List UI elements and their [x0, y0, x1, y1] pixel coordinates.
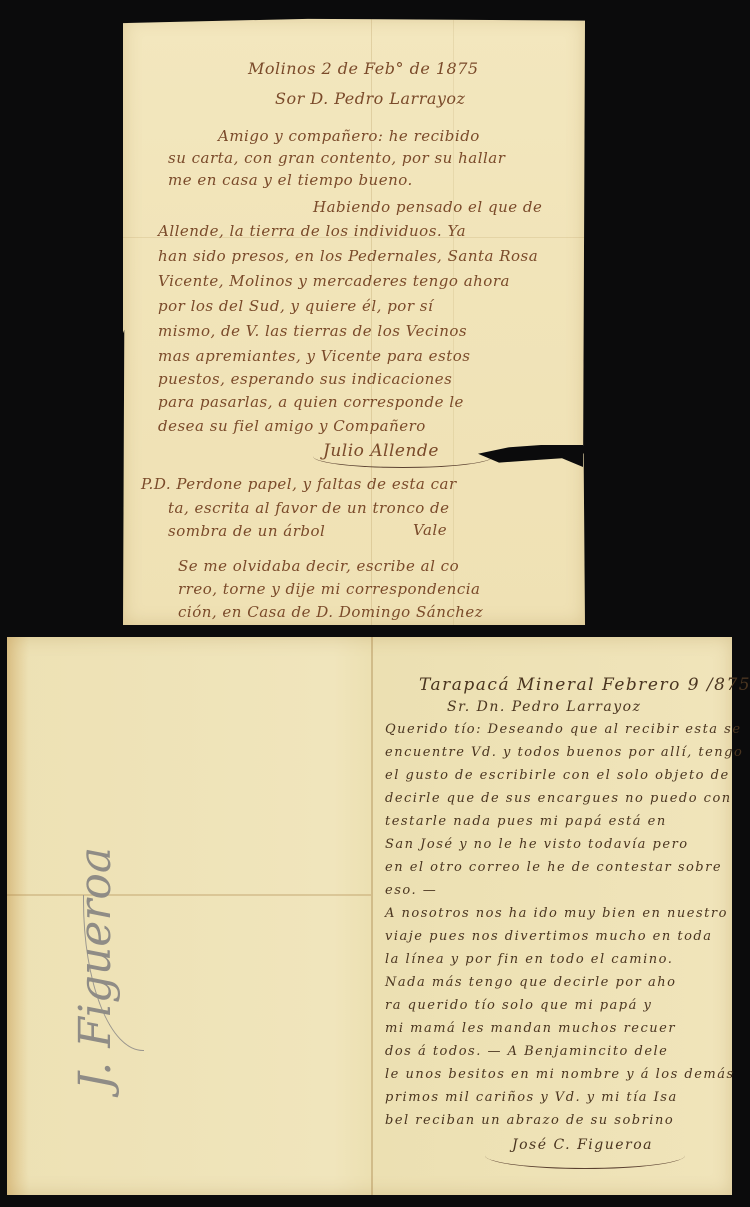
letter-one-note-line: Se me olvidaba decir, escribe al co	[178, 557, 459, 575]
pencil-signature: J. Figueroa	[70, 847, 121, 1090]
letter-one-postscript-line: sombra de un árbol	[168, 522, 325, 540]
letter-two-line: en el otro correo le he de contestar sob…	[385, 860, 722, 875]
letter-two-line: testarle nada pues mi papá está en	[385, 814, 667, 829]
letter-one-line: por los del Sud, y quiere él, por sí	[158, 297, 433, 315]
letter-two-line: primos mil cariños y Vd. y mi tía Isa	[385, 1090, 678, 1105]
letter-one-line: han sido presos, en los Pedernales, Sant…	[158, 247, 538, 265]
letter-two-line: dos á todos. — A Benjamincito dele	[385, 1044, 668, 1059]
letter-one-salutation: Sor D. Pedro Larrayoz	[275, 89, 465, 108]
letter-one-line: Allende, la tierra de los individuos. Ya	[158, 222, 466, 240]
letter-two-line: San José y no le he visto todavía pero	[385, 837, 689, 852]
letter-one-postscript-line: ta, escrita al favor de un tronco de	[168, 499, 450, 517]
letter-one-line: su carta, con gran contento, por su hall…	[168, 149, 505, 167]
signature-flourish	[313, 445, 493, 468]
letter-two-line: mi mamá les mandan muchos recuer	[385, 1021, 676, 1036]
letter-two-line: Querido tío: Deseando que al recibir est…	[385, 722, 742, 737]
letter-two-line: eso. —	[385, 883, 437, 898]
letter-two-line: encuentre Vd. y todos buenos por allí, t…	[385, 745, 743, 760]
letter-two-line: ra querido tío solo que mi papá y	[385, 998, 652, 1013]
center-fold	[371, 637, 373, 1195]
letter-one-line: Amigo y compañero: he recibido	[218, 127, 480, 145]
fold-crease	[453, 17, 454, 625]
letter-two-dateline: Tarapacá Mineral Febrero 9 /875	[419, 675, 750, 695]
letter-one-sheet: Molinos 2 de Feb° de 1875 Sor D. Pedro L…	[123, 17, 585, 625]
edge-stain	[7, 637, 29, 1195]
letter-one-postscript-sign: Vale	[413, 521, 447, 539]
letter-one-note-line: ción, en Casa de D. Domingo Sánchez	[178, 603, 483, 621]
letter-two-line: bel reciban un abrazo de su sobrino	[385, 1113, 674, 1128]
letter-two-line: el gusto de escribirle con el solo objet…	[385, 768, 730, 783]
letter-two-line: A nosotros nos ha ido muy bien en nuestr…	[385, 906, 728, 921]
letter-two-line: Nada más tengo que decirle por aho	[385, 975, 676, 990]
fold-crease	[7, 894, 371, 896]
letter-one-dateline: Molinos 2 de Feb° de 1875	[248, 59, 479, 78]
letter-two-line: viaje pues nos divertimos mucho en toda	[385, 929, 713, 944]
letter-one-note-line: rreo, torne y dije mi correspondencia	[178, 580, 480, 598]
letter-two-line: la línea y por fin en todo el camino.	[385, 952, 673, 967]
letter-one-line: mas apremiantes, y Vicente para estos	[158, 347, 470, 365]
letter-one-line: me en casa y el tiempo bueno.	[168, 171, 413, 189]
letter-one-line: Vicente, Molinos y mercaderes tengo ahor…	[158, 272, 510, 290]
letter-two-line: decirle que de sus encargues no puedo co…	[385, 791, 732, 806]
letter-one-line: desea su fiel amigo y Compañero	[158, 417, 426, 435]
letter-one-line: mismo, de V. las tierras de los Vecinos	[158, 322, 467, 340]
fold-crease	[371, 17, 372, 625]
letter-one-line: Habiendo pensado el que de	[313, 198, 542, 216]
letter-one-postscript-line: P.D. Perdone papel, y faltas de esta car	[141, 475, 457, 493]
letter-one-line: para pasarlas, a quien corresponde le	[158, 393, 464, 411]
letter-one-line: puestos, esperando sus indicaciones	[158, 370, 452, 388]
letter-two-line: le unos besitos en mi nombre y á los dem…	[385, 1067, 735, 1082]
letter-two-addressee: Sr. Dn. Pedro Larrayoz	[447, 699, 642, 715]
signature-flourish	[485, 1142, 685, 1169]
